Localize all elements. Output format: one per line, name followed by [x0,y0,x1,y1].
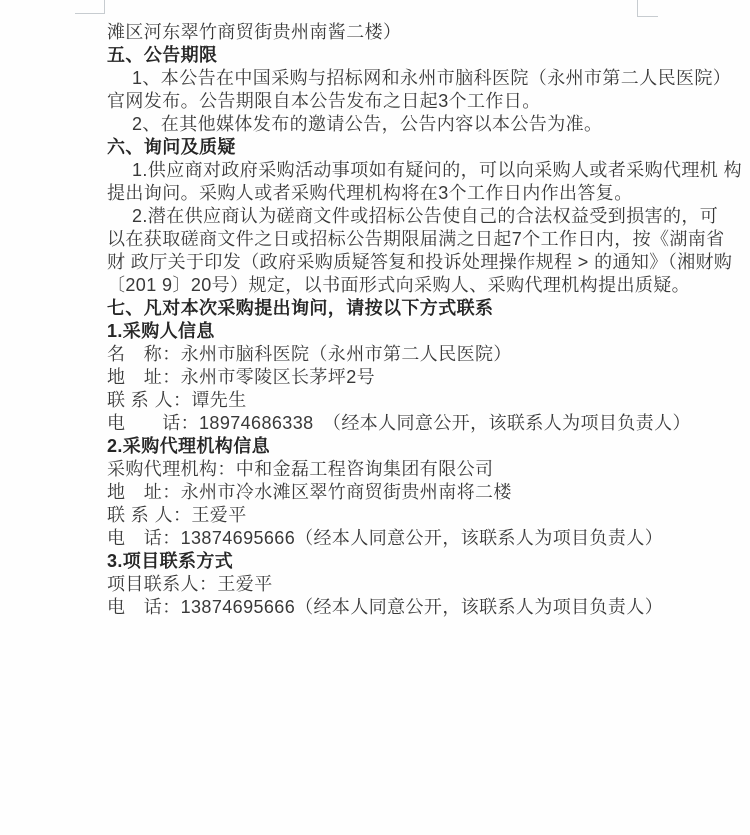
text-boundary-corner-top-left-icon [75,13,105,14]
text-boundary-corner-top-right-icon [637,0,638,17]
project-contact-person-line: 项目联系人：王爱平 [107,573,707,596]
section-6-heading: 六、询问及质疑 [107,136,707,159]
agency-name-line: 采购代理机构：中和金磊工程咨询集团有限公司 [107,458,707,481]
buyer-contact-person-line: 联 系 人：谭先生 [107,389,707,412]
buyer-address-line: 地 址：永州市零陵区长茅坪2号 [107,366,707,389]
agency-info-heading: 2.采购代理机构信息 [107,435,707,458]
document-content: 滩区河东翠竹商贸街贵州南酱二楼） 五、公告期限 1、本公告在中国采购与招标网和永… [107,21,707,619]
section-6-paragraph-2: 2.潜在供应商认为磋商文件或招标公告使自己的合法权益受到损害的，可 以在获取磋商… [107,205,707,297]
section-5-paragraph-1: 1、本公告在中国采购与招标网和永州市脑科医院（永州市第二人民医院） 官网发布。公… [107,67,707,113]
section-6-paragraph-1: 1.供应商对政府采购活动事项如有疑问的，可以向采购人或者采购代理机 构 提出询问… [107,159,707,205]
agency-phone-line: 电 话：13874695666（经本人同意公开，该联系人为项目负责人） [107,527,707,550]
screenshot-root: 滩区河东翠竹商贸街贵州南酱二楼） 五、公告期限 1、本公告在中国采购与招标网和永… [0,0,750,835]
buyer-name-line: 名 称：永州市脑科医院（永州市第二人民医院） [107,343,707,366]
agency-contact-person-line: 联 系 人：王爱平 [107,504,707,527]
agency-address-line: 地 址：永州市冷水滩区翠竹商贸街贵州南将二楼 [107,481,707,504]
section-7-heading: 七、凡对本次采购提出询问，请按以下方式联系 [107,297,707,320]
section-5-heading: 五、公告期限 [107,44,707,67]
text-boundary-corner-top-left-icon [104,0,105,14]
project-phone-line: 电 话：13874695666（经本人同意公开，该联系人为项目负责人） [107,596,707,619]
buyer-phone-line: 电 话：18974686338 （经本人同意公开，该联系人为项目负责人） [107,412,707,435]
section-5-paragraph-2: 2、在其他媒体发布的邀请公告，公告内容以本公告为准。 [107,113,707,136]
project-contact-heading: 3.项目联系方式 [107,550,707,573]
continuation-line: 滩区河东翠竹商贸街贵州南酱二楼） [107,21,707,44]
buyer-info-heading: 1.采购人信息 [107,320,707,343]
document-page: 滩区河东翠竹商贸街贵州南酱二楼） 五、公告期限 1、本公告在中国采购与招标网和永… [0,0,750,835]
text-boundary-corner-top-right-icon [637,16,658,17]
